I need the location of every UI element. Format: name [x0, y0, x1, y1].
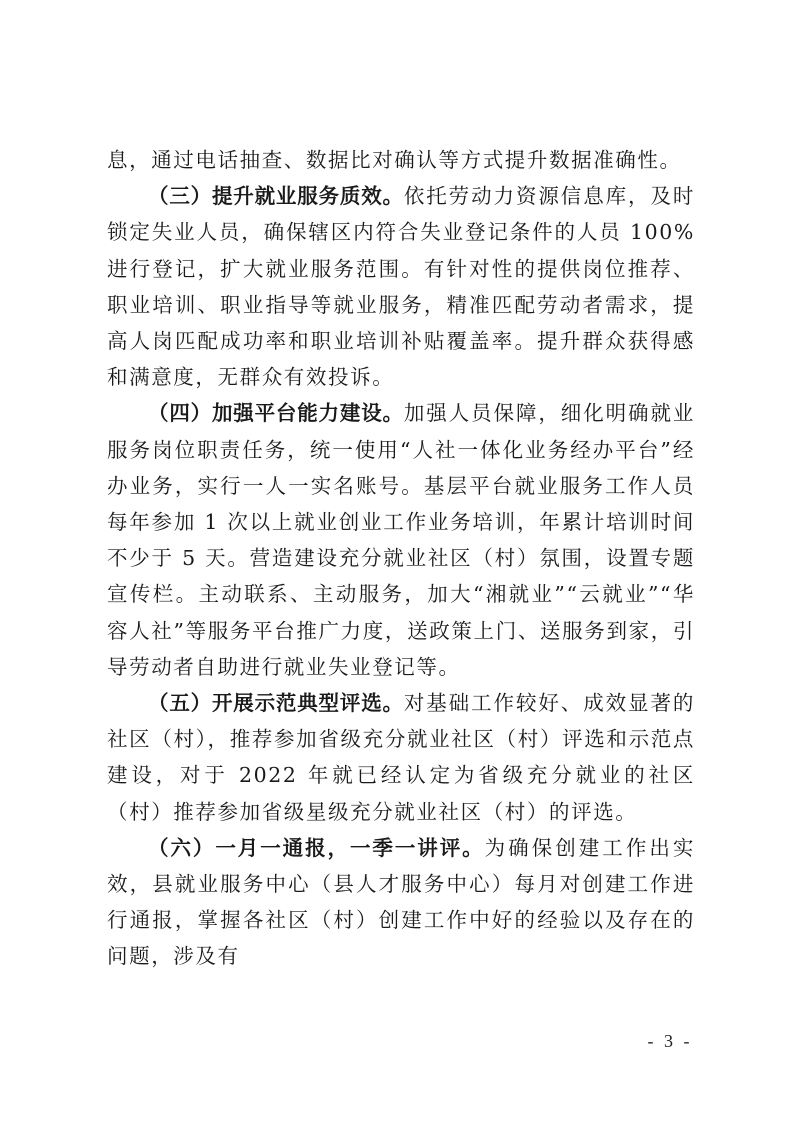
paragraph-section-5: （五）开展示范典型评选。对基础工作较好、成效显著的社区（村），推荐参加省级充分就…: [107, 685, 695, 830]
paragraph-section-4: （四）加强平台能力建设。加强人员保障，细化明确就业服务岗位职责任务，统一使用“人…: [107, 395, 695, 685]
paragraph-section-3: （三）提升就业服务质效。依托劳动力资源信息库，及时锁定失业人员，确保辖区内符合失…: [107, 178, 695, 395]
document-page: 息，通过电话抽查、数据比对确认等方式提升数据准确性。 （三）提升就业服务质效。依…: [107, 142, 695, 975]
page-number: - 3 -: [640, 1031, 700, 1052]
section-heading: （五）开展示范典型评选。: [148, 691, 404, 715]
section-heading: （四）加强平台能力建设。: [148, 401, 404, 425]
paragraph-text: 依托劳动力资源信息库，及时锁定失业人员，确保辖区内符合失业登记条件的人员 100…: [107, 184, 695, 389]
paragraph-text: 息，通过电话抽查、数据比对确认等方式提升数据准确性。: [107, 148, 682, 172]
paragraph-section-6: （六）一月一通报，一季一讲评。为确保创建工作出实效，县就业服务中心（县人才服务中…: [107, 830, 695, 975]
paragraph-text: 加强人员保障，细化明确就业服务岗位职责任务，统一使用“人社一体化业务经办平台”经…: [107, 401, 695, 678]
section-heading: （六）一月一通报，一季一讲评。: [148, 836, 485, 860]
section-heading: （三）提升就业服务质效。: [148, 184, 404, 208]
paragraph-continuation: 息，通过电话抽查、数据比对确认等方式提升数据准确性。: [107, 142, 695, 178]
